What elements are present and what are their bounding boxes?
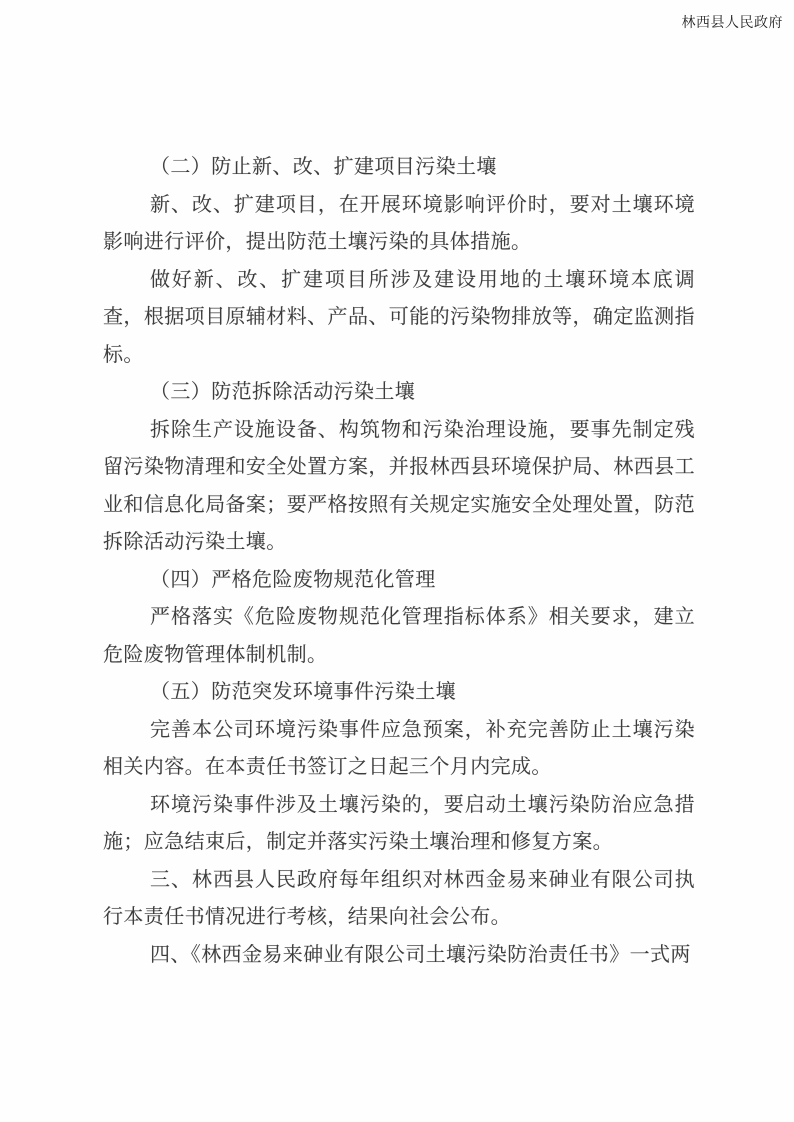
paragraph: 拆除生产设施设备、构筑物和污染治理设施，要事先制定残留污染物清理和安全处置方案，… — [103, 412, 695, 562]
paragraph: 完善本公司环境污染事件应急预案，补充完善防止土壤污染相关内容。在本责任书签订之日… — [103, 712, 695, 787]
paragraph: 做好新、改、扩建项目所涉及建设用地的土壤环境本底调查，根据项目原辅材料、产品、可… — [103, 262, 695, 375]
paragraph: 严格落实《危险废物规范化管理指标体系》相关要求，建立危险废物管理体制机制。 — [103, 599, 695, 674]
paragraph: 四、《林西金易来砷业有限公司土壤污染防治责任书》一式两 — [103, 937, 695, 975]
section-heading: （二）防止新、改、扩建项目污染土壤 — [103, 149, 695, 187]
paragraph: 新、改、扩建项目，在开展环境影响评价时，要对土壤环境影响进行评价，提出防范土壤污… — [103, 187, 695, 262]
page-header-text: 林西县人民政府 — [682, 12, 784, 32]
section-heading: （四）严格危险废物规范化管理 — [103, 562, 695, 600]
paragraph: 三、林西县人民政府每年组织对林西金易来砷业有限公司执行本责任书情况进行考核，结果… — [103, 862, 695, 937]
document-body: （二）防止新、改、扩建项目污染土壤 新、改、扩建项目，在开展环境影响评价时，要对… — [103, 149, 695, 974]
section-heading: （三）防范拆除活动污染土壤 — [103, 374, 695, 412]
section-heading: （五）防范突发环境事件污染土壤 — [103, 674, 695, 712]
paragraph: 环境污染事件涉及土壤污染的，要启动土壤污染防治应急措施；应急结束后，制定并落实污… — [103, 787, 695, 862]
document-page: 林西县人民政府 （二）防止新、改、扩建项目污染土壤 新、改、扩建项目，在开展环境… — [0, 0, 794, 1122]
